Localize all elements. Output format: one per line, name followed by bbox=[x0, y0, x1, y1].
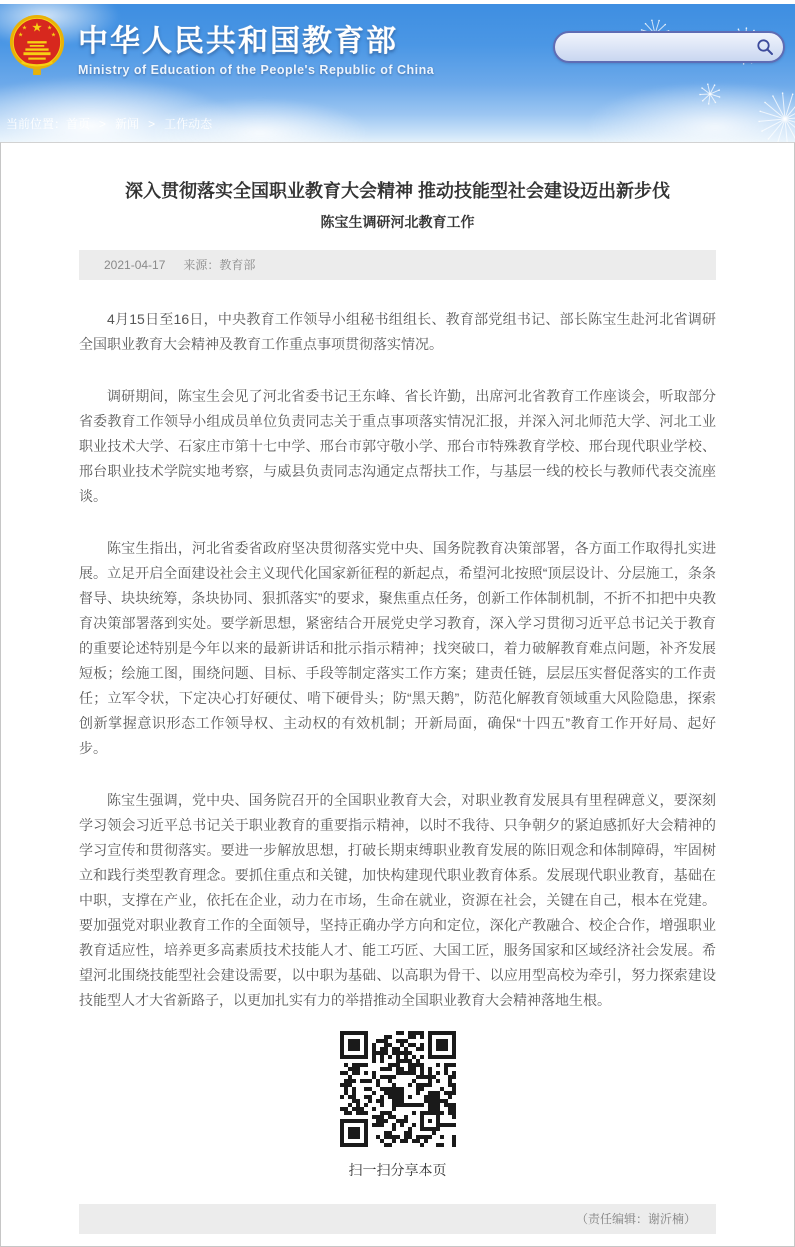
article-meta-bar: 2021-04-17来源：教育部 bbox=[79, 250, 716, 280]
breadcrumb-separator: > bbox=[90, 117, 115, 131]
breadcrumb-label: 当前位置： bbox=[6, 117, 66, 131]
qr-share-block: 扫一扫分享本页 bbox=[1, 1029, 794, 1180]
article-title: 深入贯彻落实全国职业教育大会精神 推动技能型社会建设迈出新步伐 bbox=[41, 179, 754, 203]
breadcrumb-item-news[interactable]: 新闻 bbox=[115, 117, 139, 131]
page: ★ ★ ★ ★ ★ 中华人民共和国教育部 Ministry of Educati… bbox=[0, 0, 795, 1247]
article-date: 2021-04-17 bbox=[104, 258, 165, 272]
breadcrumb-item-home[interactable]: 首页 bbox=[66, 117, 90, 131]
editor-note: （责任编辑：谢沂楠） bbox=[576, 1212, 696, 1226]
qr-caption: 扫一扫分享本页 bbox=[1, 1160, 794, 1180]
brand-text: 中华人民共和国教育部 Ministry of Education of the … bbox=[78, 12, 434, 77]
search-icon bbox=[756, 38, 774, 56]
article-body: 4月15日至16日，中央教育工作领导小组秘书组组长、教育部党组书记、部长陈宝生赴… bbox=[79, 307, 716, 1013]
svg-text:★: ★ bbox=[22, 25, 27, 32]
svg-text:★: ★ bbox=[31, 20, 42, 34]
site-header: ★ ★ ★ ★ ★ 中华人民共和国教育部 Ministry of Educati… bbox=[0, 4, 795, 142]
article-paragraph: 4月15日至16日，中央教育工作领导小组秘书组组长、教育部党组书记、部长陈宝生赴… bbox=[79, 307, 716, 357]
svg-text:★: ★ bbox=[18, 31, 23, 38]
breadcrumb-item-work-trends[interactable]: 工作动态 bbox=[164, 117, 212, 131]
breadcrumb: 当前位置：首页>新闻>工作动态 bbox=[6, 115, 212, 132]
site-title: 中华人民共和国教育部 bbox=[78, 16, 434, 60]
editor-bar: （责任编辑：谢沂楠） bbox=[79, 1204, 716, 1234]
search-button[interactable] bbox=[756, 38, 783, 56]
article-paragraph: 陈宝生强调，党中央、国务院召开的全国职业教育大会，对职业教育发展具有里程碑意义，… bbox=[79, 788, 716, 1013]
article-source: 教育部 bbox=[219, 258, 255, 272]
article-paragraph: 陈宝生指出，河北省委省政府坚决贯彻落实党中央、国务院教育决策部署，各方面工作取得… bbox=[79, 536, 716, 761]
qr-code bbox=[338, 1029, 458, 1149]
dandelion-decoration bbox=[535, 4, 795, 142]
search-box[interactable] bbox=[553, 31, 785, 63]
svg-text:★: ★ bbox=[47, 25, 52, 32]
national-emblem-icon: ★ ★ ★ ★ ★ bbox=[8, 12, 66, 78]
article-subtitle: 陈宝生调研河北教育工作 bbox=[41, 213, 754, 232]
breadcrumb-separator: > bbox=[139, 117, 164, 131]
cloud-decoration bbox=[0, 76, 240, 142]
svg-text:★: ★ bbox=[51, 31, 56, 38]
article-source-label: 来源： bbox=[183, 258, 219, 272]
article-panel: 深入贯彻落实全国职业教育大会精神 推动技能型社会建设迈出新步伐 陈宝生调研河北教… bbox=[0, 142, 795, 1247]
cloud-decoration bbox=[585, 82, 795, 142]
search-input[interactable] bbox=[555, 36, 756, 58]
brand: ★ ★ ★ ★ ★ 中华人民共和国教育部 Ministry of Educati… bbox=[8, 12, 434, 78]
site-subtitle-en: Ministry of Education of the People's Re… bbox=[78, 63, 434, 77]
article-paragraph: 调研期间，陈宝生会见了河北省委书记王东峰、省长许勤，出席河北省教育工作座谈会，听… bbox=[79, 384, 716, 509]
